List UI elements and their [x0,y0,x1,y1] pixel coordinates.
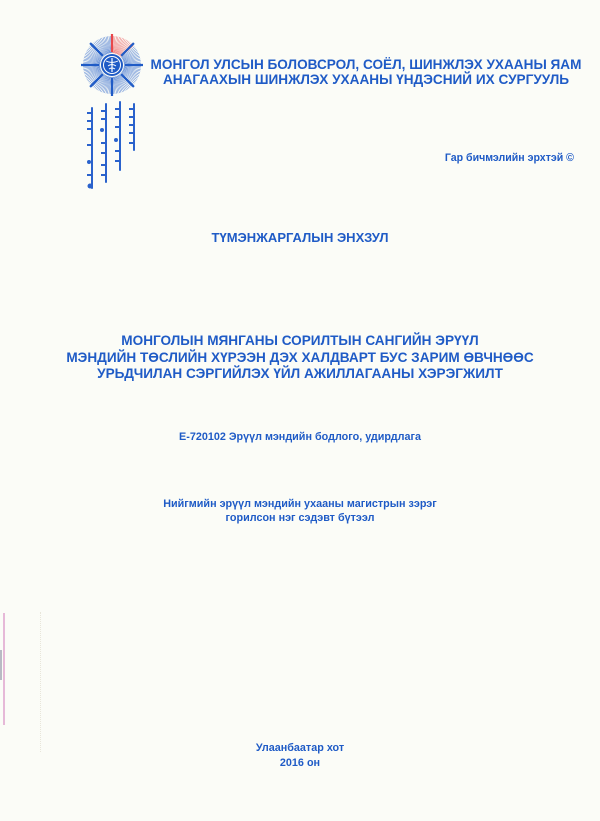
title-line: МОНГОЛЫН МЯНГАНЫ СОРИЛТЫН САНГИЙН ЭРҮҮЛ [60,333,540,350]
degree-line: Нийгмийн эрүүл мэндийн ухааны магистрын … [100,497,500,511]
institution-header: МОНГОЛ УЛСЫН БОЛОВСРОЛ, СОЁЛ, ШИНЖЛЭХ УХ… [150,58,582,87]
specialty-code: Е-720102 Эрүүл мэндийн бодлого, удирдлаг… [100,431,500,443]
city: Улаанбаатар хот [200,741,400,756]
degree-description: Нийгмийн эрүүл мэндийн ухааны магистрын … [100,497,500,525]
degree-line: горилсон нэг сэдэвт бүтээл [100,511,500,525]
university-name: АНАГААХЫН ШИНЖЛЭХ УХААНЫ ҮНДЭСНИЙ ИХ СУР… [150,73,582,88]
ministry-name: МОНГОЛ УЛСЫН БОЛОВСРОЛ, СОЁЛ, ШИНЖЛЭХ УХ… [150,58,582,73]
place-and-year: Улаанбаатар хот 2016 он [200,741,400,770]
scan-edge-mark [3,613,5,725]
year: 2016 он [200,756,400,771]
copyright-notice: Гар бичмэлийн эрхтэй © [420,152,574,164]
traditional-mongolian-script-icon [82,100,142,200]
author-name: ТҮМЭНЖАРГАЛЫН ЭНХЗУЛ [150,230,450,245]
thesis-title: МОНГОЛЫН МЯНГАНЫ СОРИЛТЫН САНГИЙН ЭРҮҮЛ … [60,333,540,383]
university-emblem-icon [80,33,144,97]
scan-artifact [40,612,42,752]
title-line: УРЬДЧИЛАН СЭРГИЙЛЭХ ҮЙЛ АЖИЛЛАГААНЫ ХЭРЭ… [60,366,540,383]
scan-edge-mark [0,650,2,680]
title-line: МЭНДИЙН ТӨСЛИЙН ХҮРЭЭН ДЭХ ХАЛДВАРТ БУС … [60,350,540,367]
